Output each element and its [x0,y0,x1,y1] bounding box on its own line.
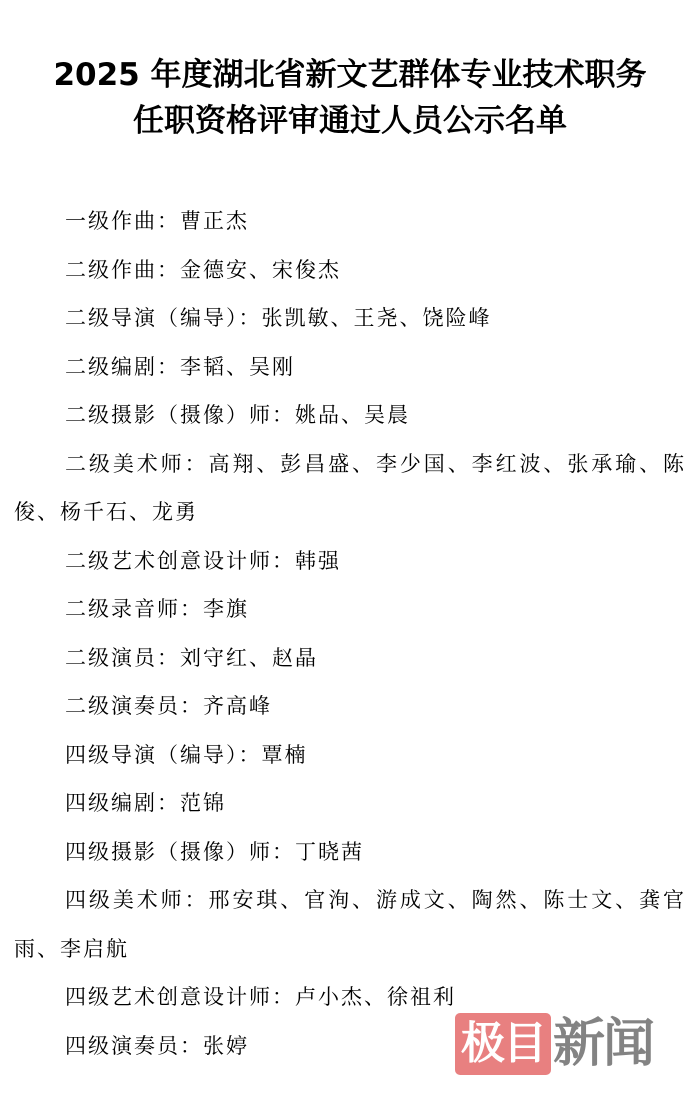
entry-separator: ： [185,888,209,912]
entry-category: 四级美术师 [65,888,185,912]
entry-names: 范锦 [180,791,226,815]
entry-category: 一级作曲 [65,209,157,233]
entry-category: 二级演员 [65,646,157,670]
entry-category: 四级导演（编导） [65,743,239,767]
entry-names: 李旗 [203,597,249,621]
title-line-2: 任职资格评审通过人员公示名单 [0,98,700,144]
entry-separator: ： [272,403,295,427]
list-entry: 二级艺术创意设计师：韩强 [0,537,700,586]
entry-names: 卢小杰、徐祖利 [295,985,456,1009]
entry-separator: ： [157,646,180,670]
list-entry: 二级摄影（摄像）师：姚品、吴晨 [0,391,700,440]
list-entry: 二级编剧：李韬、吴刚 [0,343,700,392]
entry-separator: ： [157,355,180,379]
list-entry: 二级录音师：李旗 [0,585,700,634]
entry-category: 四级艺术创意设计师 [65,985,272,1009]
entry-category: 四级摄影（摄像）师 [65,840,272,864]
entry-separator: ： [157,258,180,282]
entry-names: 刘守红、赵晶 [180,646,318,670]
entry-separator: ： [272,985,295,1009]
entry-category: 二级演奏员 [65,694,180,718]
entry-names: 张婷 [203,1034,249,1058]
document-title: 2025 年度湖北省新文艺群体专业技术职务 任职资格评审通过人员公示名单 [0,52,700,144]
list-entry: 四级导演（编导）：覃楠 [0,731,700,780]
entry-separator: ： [157,209,180,233]
entry-names: 丁晓茜 [295,840,364,864]
entry-names: 曹正杰 [180,209,249,233]
title-line-1: 2025 年度湖北省新文艺群体专业技术职务 [0,52,700,98]
list-entry: 二级导演（编导）：张凯敏、王尧、饶险峰 [0,294,700,343]
entry-names: 齐高峰 [203,694,272,718]
entry-category: 二级编剧 [65,355,157,379]
list-entry: 二级演员：刘守红、赵晶 [0,634,700,683]
list-entry: 四级编剧：范锦 [0,779,700,828]
name-list: 一级作曲：曹正杰二级作曲：金德安、宋俊杰二级导演（编导）：张凯敏、王尧、饶险峰二… [0,197,700,1070]
entry-separator: ： [239,743,262,767]
entry-names: 覃楠 [262,743,308,767]
list-entry: 二级演奏员：齐高峰 [0,682,700,731]
entry-separator: ： [185,452,209,476]
watermark-logo-box: 极目 [455,1013,551,1075]
entry-names: 金德安、宋俊杰 [180,258,341,282]
jimu-news-watermark: 极目 新闻 [455,1013,653,1075]
entry-separator: ： [180,1034,203,1058]
list-entry: 二级作曲：金德安、宋俊杰 [0,246,700,295]
entry-category: 二级作曲 [65,258,157,282]
entry-separator: ： [180,694,203,718]
entry-category: 二级导演（编导） [65,306,239,330]
entry-names: 韩强 [295,549,341,573]
entry-category: 二级录音师 [65,597,180,621]
entry-category: 二级艺术创意设计师 [65,549,272,573]
entry-category: 二级美术师 [65,452,185,476]
list-entry: 四级摄影（摄像）师：丁晓茜 [0,828,700,877]
entry-separator: ： [239,306,262,330]
entry-category: 二级摄影（摄像）师 [65,403,272,427]
entry-separator: ： [157,791,180,815]
entry-separator: ： [272,549,295,573]
entry-category: 四级演奏员 [65,1034,180,1058]
watermark-logo-text: 新闻 [553,1013,653,1075]
list-entry: 四级美术师：邢安琪、官洵、游成文、陶然、陈士文、龚官雨、李启航 [0,876,700,973]
list-entry: 一级作曲：曹正杰 [0,197,700,246]
entry-category: 四级编剧 [65,791,157,815]
entry-names: 张凯敏、王尧、饶险峰 [262,306,492,330]
list-entry: 二级美术师：高翔、彭昌盛、李少国、李红波、张承瑜、陈俊、杨千石、龙勇 [0,440,700,537]
entry-separator: ： [180,597,203,621]
entry-names: 李韬、吴刚 [180,355,295,379]
entry-separator: ： [272,840,295,864]
entry-names: 姚品、吴晨 [295,403,410,427]
